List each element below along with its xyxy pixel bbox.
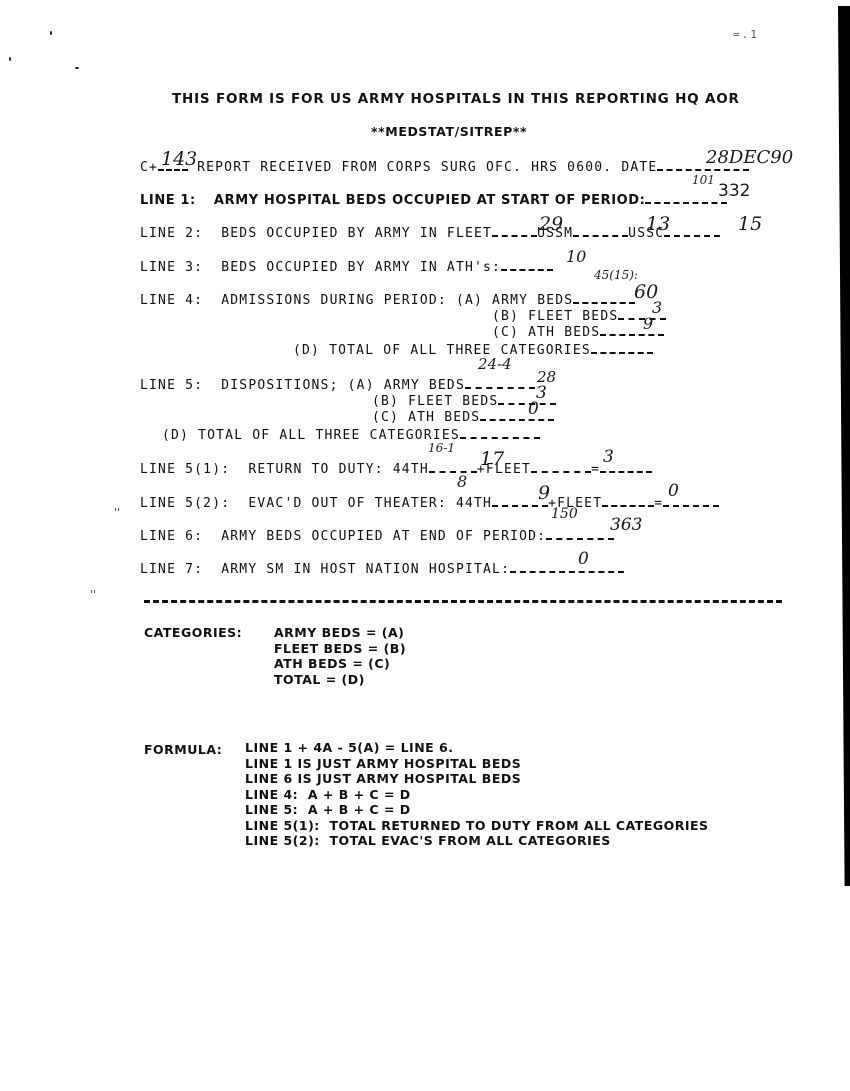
line-1-annotation: 101	[692, 173, 715, 187]
line-4c-label: (C) ATH BEDS	[492, 325, 600, 340]
line-5d-label: (D) TOTAL OF ALL THREE CATEGORIES	[162, 428, 460, 443]
category-item: ARMY BEDS = (A)	[274, 625, 406, 641]
line-3-field[interactable]	[501, 257, 553, 271]
categories-list: ARMY BEDS = (A)FLEET BEDS = (B)ATH BEDS …	[274, 625, 406, 687]
line-5-2-equals: =	[654, 496, 663, 511]
line-6-field[interactable]	[546, 526, 614, 540]
formula-item: LINE 1 IS JUST ARMY HOSPITAL BEDS	[245, 756, 709, 772]
line-5c-field[interactable]	[480, 407, 554, 421]
formula-item: LINE 5: A + B + C = D	[245, 802, 709, 818]
formula-item: LINE 1 + 4A - 5(A) = LINE 6.	[245, 740, 709, 756]
line-7-text: ARMY SM IN HOST NATION HOSPITAL:	[221, 562, 510, 577]
line-5-1: LINE 5(1): RETURN TO DUTY: 44TH+FLEET=	[140, 459, 652, 478]
line-4d-label: (D) TOTAL OF ALL THREE CATEGORIES	[293, 343, 591, 358]
ussm-field[interactable]	[573, 223, 628, 237]
line-5-2: LINE 5(2): EVAC'D OUT OF THEATER: 44TH+F…	[140, 493, 719, 512]
line-2-label: LINE 2:	[140, 226, 203, 241]
line-1-text: ARMY HOSPITAL BEDS OCCUPIED AT START OF …	[214, 193, 646, 208]
form-subtitle: **MEDSTAT/SITREP**	[371, 124, 527, 140]
line-2-text: BEDS OCCUPIED BY ARMY IN FLEET	[221, 226, 492, 241]
ussm-value: 13	[646, 213, 670, 235]
formula-item: LINE 4: A + B + C = D	[245, 787, 709, 803]
line-5-2-unit-value: 9	[538, 482, 550, 504]
line-5-1-text: RETURN TO DUTY:	[248, 462, 383, 477]
scan-speck	[50, 31, 52, 35]
line-4-text: ADMISSIONS DURING PERIOD:	[221, 293, 447, 308]
formula-item: LINE 5(1): TOTAL RETURNED TO DUTY FROM A…	[245, 818, 709, 834]
line-5-2-unit-label: 44TH	[456, 496, 492, 511]
formula-list: LINE 1 + 4A - 5(A) = LINE 6.LINE 1 IS JU…	[245, 740, 709, 849]
line-3-text: BEDS OCCUPIED BY ARMY IN ATH's:	[221, 260, 501, 275]
line-5-text: DISPOSITIONS;	[221, 378, 338, 393]
line-4-label: LINE 4:	[140, 293, 203, 308]
line-3-label: LINE 3:	[140, 260, 203, 275]
form-title: THIS FORM IS FOR US ARMY HOSPITALS IN TH…	[172, 91, 740, 107]
line-6-annotation: 150	[551, 506, 578, 522]
line-5c-value: 0	[528, 399, 539, 419]
line-6-text: ARMY BEDS OCCUPIED AT END OF PERIOD:	[221, 529, 546, 544]
line-4c-field[interactable]	[600, 322, 664, 336]
scan-edge-border	[838, 6, 850, 886]
line-5-1-annotation: 16-1	[428, 441, 455, 455]
line-5-2-fleet-field[interactable]	[602, 493, 654, 507]
margin-mark-lower: ''	[90, 588, 96, 601]
line-5c: (C) ATH BEDS	[372, 407, 554, 426]
formula-heading: FORMULA:	[144, 742, 222, 758]
line-4d: (D) TOTAL OF ALL THREE CATEGORIES	[293, 340, 653, 359]
line-6: LINE 6: ARMY BEDS OCCUPIED AT END OF PER…	[140, 526, 614, 545]
line-5-1-unit-value: 17	[480, 448, 504, 470]
date-value: 28DEC90	[706, 147, 793, 168]
line-5d-field[interactable]	[460, 425, 540, 439]
line-5a-field[interactable]	[465, 375, 535, 389]
category-item: FLEET BEDS = (B)	[274, 641, 406, 657]
ussc-value: 15	[738, 213, 762, 235]
fleet-field[interactable]	[492, 223, 537, 237]
scan-speck	[75, 67, 79, 69]
line-1-label: LINE 1:	[140, 193, 196, 208]
line-4c-value: 9	[643, 314, 653, 333]
margin-mark-upper: ''	[114, 506, 120, 519]
category-item: ATH BEDS = (C)	[274, 656, 406, 672]
dashed-separator	[144, 600, 782, 603]
line-5-2-fleet-value: 0	[668, 481, 679, 501]
line-3: LINE 3: BEDS OCCUPIED BY ARMY IN ATH's:	[140, 257, 553, 276]
line-5-2-label: LINE 5(2):	[140, 496, 230, 511]
line-7-field[interactable]	[510, 559, 624, 573]
line-1-value: 332	[718, 181, 750, 201]
line-5-1-fleet-field[interactable]	[531, 459, 591, 473]
line-4b-value: 3	[652, 298, 662, 317]
line-5-1-fleet-value: 3	[603, 447, 614, 467]
report-received-line: C+ REPORT RECEIVED FROM CORPS SURG OFC. …	[140, 157, 749, 176]
categories-heading: CATEGORIES:	[144, 625, 242, 641]
line-3-value: 10	[566, 247, 586, 266]
line-1-field[interactable]	[645, 190, 727, 204]
day-value: 143	[161, 148, 197, 170]
line-6-value: 363	[610, 515, 642, 535]
line-2: LINE 2: BEDS OCCUPIED BY ARMY IN FLEETUS…	[140, 223, 720, 242]
line-5-1-equals: =	[591, 462, 600, 477]
scan-speck	[9, 57, 11, 61]
line-5c-label: (C) ATH BEDS	[372, 410, 480, 425]
line-4a-annotation: 45(15):	[594, 268, 638, 282]
fleet-value: 29	[539, 213, 563, 235]
page-corner-mark: =.1	[733, 28, 759, 41]
line-6-label: LINE 6:	[140, 529, 203, 544]
line-7-value: 0	[578, 549, 589, 569]
line-5-2-text: EVAC'D OUT OF THEATER:	[248, 496, 447, 511]
line-4a-field[interactable]	[573, 290, 635, 304]
formula-item: LINE 6 IS JUST ARMY HOSPITAL BEDS	[245, 771, 709, 787]
line-7: LINE 7: ARMY SM IN HOST NATION HOSPITAL:	[140, 559, 624, 578]
formula-item: LINE 5(2): TOTAL EVAC'S FROM ALL CATEGOR…	[245, 833, 709, 849]
line-5a-annotation: 24-4	[478, 355, 512, 373]
line-4d-field[interactable]	[591, 340, 653, 354]
ussc-field[interactable]	[664, 223, 720, 237]
line-5-1-label: LINE 5(1):	[140, 462, 230, 477]
line-4c: (C) ATH BEDS	[492, 322, 664, 341]
report-prefix: C+	[140, 160, 158, 175]
line-7-label: LINE 7:	[140, 562, 203, 577]
line-5-2-annotation: 8	[457, 472, 467, 491]
line-5d: (D) TOTAL OF ALL THREE CATEGORIES	[162, 425, 540, 444]
report-text: REPORT RECEIVED FROM CORPS SURG OFC. HRS…	[197, 160, 657, 175]
line-5-1-unit-field[interactable]	[429, 459, 477, 473]
line-5-1-unit-label: 44TH	[393, 462, 429, 477]
line-5-label: LINE 5:	[140, 378, 203, 393]
category-item: TOTAL = (D)	[274, 672, 406, 688]
line-1: LINE 1: ARMY HOSPITAL BEDS OCCUPIED AT S…	[140, 190, 727, 209]
